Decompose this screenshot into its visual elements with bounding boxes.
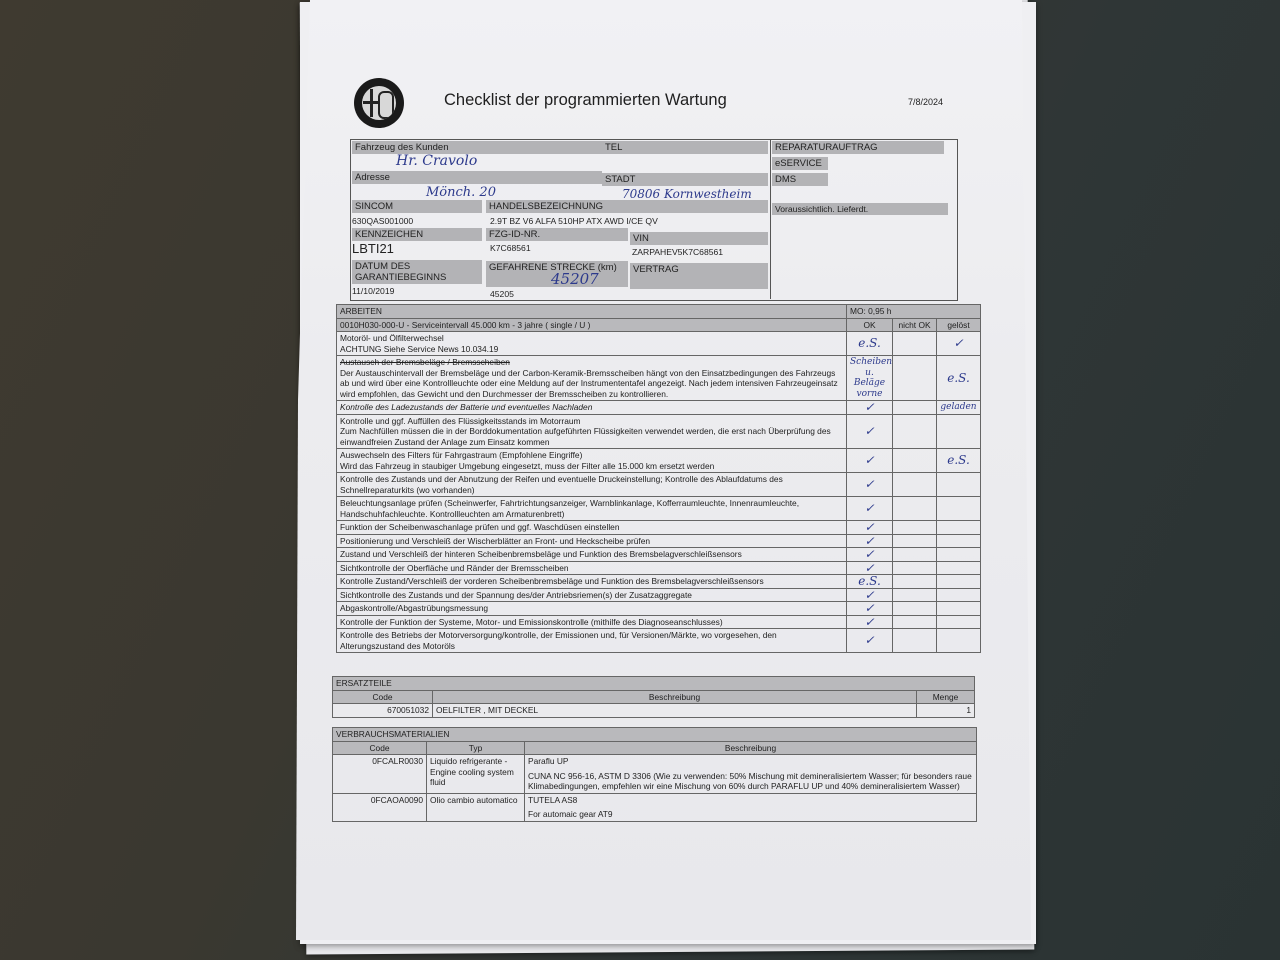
checklist-ok-mark[interactable]: e.S. — [847, 332, 893, 356]
warranty-start-label: DATUM DES GARANTIEBEGINNS — [352, 260, 482, 284]
labor-time: MO: 0,95 h — [847, 305, 981, 319]
checklist-item-title: Funktion der Scheibenwaschanlage prüfen … — [340, 522, 843, 533]
checklist-item-text: Kontrolle und ggf. Auffüllen des Flüssig… — [337, 414, 847, 449]
checklist-item-note: Der Austauschintervall der Bremsbeläge u… — [340, 368, 843, 400]
sincom-label: SINCOM — [352, 200, 482, 213]
checklist-item-note: Zum Nachfüllen müssen die in der Borddok… — [340, 426, 843, 447]
checklist-solved-mark[interactable] — [937, 588, 981, 602]
vehicle-id-value: K7C68561 — [490, 243, 531, 253]
checklist-not-ok-mark[interactable] — [893, 548, 937, 562]
checklist-ok-mark[interactable]: ✓ — [847, 534, 893, 548]
checklist-row: Sichtkontrolle der Oberfläche und Ränder… — [337, 561, 981, 575]
checklist-row: Abgaskontrolle/Abgastrübungsmessung✓ — [337, 602, 981, 616]
sincom-value: 630QAS001000 — [352, 216, 413, 226]
vehicle-id-label: FZG-ID-NR. — [486, 228, 628, 241]
checklist-row: Beleuchtungsanlage prüfen (Scheinwerfer,… — [337, 497, 981, 521]
checklist-not-ok-mark[interactable] — [893, 602, 937, 616]
col-solved: gelöst — [937, 318, 981, 332]
checklist-row: Motoröl- und ÖlfilterwechselACHTUNG Sieh… — [337, 332, 981, 356]
checklist-item-text: Zustand und Verschleiß der hinteren Sche… — [337, 548, 847, 562]
work-header: ARBEITEN — [337, 305, 847, 319]
checklist-item-note: ACHTUNG Siehe Service News 10.034.19 — [340, 344, 843, 355]
consumable-row: 0FCALR0030Liquido refrigerante - Engine … — [333, 755, 977, 794]
city-label: STADT — [602, 173, 768, 186]
customer-name-handwritten: Hr. Cravolo — [396, 153, 477, 169]
checklist-item-title: Sichtkontrolle der Oberfläche und Ränder… — [340, 563, 843, 574]
document-title: Checklist der programmierten Wartung — [444, 91, 727, 110]
checklist-item-title: Auswechseln des Filters für Fahrgastraum… — [340, 450, 843, 461]
dms-label: DMS — [772, 173, 828, 186]
checklist-ok-mark[interactable]: ✓ — [847, 561, 893, 575]
checklist-solved-mark[interactable]: geladen — [937, 401, 981, 415]
checklist-not-ok-mark[interactable] — [893, 629, 937, 653]
checklist-item-text: Kontrolle des Betriebs der Motorversorgu… — [337, 629, 847, 653]
checklist-ok-mark[interactable]: e.S. — [847, 575, 893, 589]
checklist-row: Sichtkontrolle des Zustands und der Span… — [337, 588, 981, 602]
consumables-table: VERBRAUCHSMATERIALIEN Code Typ Beschreib… — [332, 727, 977, 822]
checklist-solved-mark[interactable] — [937, 561, 981, 575]
checklist-row: Kontrolle der Funktion der Systeme, Moto… — [337, 615, 981, 629]
checklist-item-title: Kontrolle der Funktion der Systeme, Moto… — [340, 617, 843, 628]
warranty-start-value: 11/10/2019 — [352, 286, 394, 296]
checklist-solved-mark[interactable] — [937, 575, 981, 589]
consumable-desc-text: CUNA NC 956-16, ASTM D 3306 (Wie zu verw… — [528, 771, 973, 792]
checklist-ok-mark[interactable]: ✓ — [847, 401, 893, 415]
checklist-ok-mark[interactable]: ✓ — [847, 615, 893, 629]
checklist-sheet: Checklist der programmierten Wartung 7/8… — [296, 0, 1036, 940]
checklist-solved-mark[interactable]: ✓ — [937, 332, 981, 356]
checklist-row: Auswechseln des Filters für Fahrgastraum… — [337, 449, 981, 473]
vin-value: ZARPAHEV5K7C68561 — [632, 247, 723, 257]
plate-value: LBTI21 — [352, 241, 394, 256]
eservice-label: eSERVICE — [772, 157, 828, 170]
plate-label: KENNZEICHEN — [352, 228, 482, 241]
checklist-item-text: Sichtkontrolle der Oberfläche und Ränder… — [337, 561, 847, 575]
contract-label: VERTRAG — [630, 263, 768, 289]
checklist-item-note: Wird das Fahrzeug in staubiger Umgebung … — [340, 461, 843, 472]
checklist-solved-mark[interactable]: e.S. — [937, 356, 981, 401]
checklist-item-title: Austausch der Bremsbeläge / Bremsscheibe… — [340, 357, 843, 368]
address-handwritten: Mönch. 20 — [426, 185, 496, 200]
checklist-item-title: Zustand und Verschleiß der hinteren Sche… — [340, 549, 843, 560]
part-desc: OELFILTER , MIT DECKEL — [433, 704, 917, 718]
trade-name-label: HANDELSBEZEICHNUNG — [486, 200, 768, 213]
checklist-not-ok-mark[interactable] — [893, 414, 937, 449]
checklist-not-ok-mark[interactable] — [893, 534, 937, 548]
work-checklist-table: ARBEITEN MO: 0,95 h 0010H030-000-U - Ser… — [336, 304, 981, 653]
consumable-row: 0FCAOA0090Olio cambio automaticoTUTELA A… — [333, 793, 977, 821]
checklist-item-title: Kontrolle Zustand/Verschleiß der vordere… — [340, 576, 843, 587]
checklist-item-text: Beleuchtungsanlage prüfen (Scheinwerfer,… — [337, 497, 847, 521]
checklist-item-title: Sichtkontrolle des Zustands und der Span… — [340, 590, 843, 601]
checklist-solved-mark[interactable] — [937, 534, 981, 548]
checklist-item-title: Positionierung und Verschleiß der Wische… — [340, 536, 843, 547]
checklist-not-ok-mark[interactable] — [893, 615, 937, 629]
checklist-solved-mark[interactable] — [937, 615, 981, 629]
checklist-item-text: Sichtkontrolle des Zustands und der Span… — [337, 588, 847, 602]
checklist-item-title: Kontrolle des Betriebs der Motorversorgu… — [340, 630, 843, 651]
spare-parts-header: ERSATZTEILE — [333, 677, 975, 691]
consumables-col-type: Typ — [427, 741, 525, 755]
checklist-ok-mark[interactable]: Scheiben u. Beläge vorne — [847, 356, 893, 401]
consumable-type: Liquido refrigerante - Engine cooling sy… — [427, 755, 525, 794]
consumable-description: Paraflu UPCUNA NC 956-16, ASTM D 3306 (W… — [525, 755, 977, 794]
checklist-row: Kontrolle des Betriebs der Motorversorgu… — [337, 629, 981, 653]
checklist-row: Positionierung und Verschleiß der Wische… — [337, 534, 981, 548]
checklist-row: Kontrolle des Ladezustands der Batterie … — [337, 401, 981, 415]
checklist-item-text: Kontrolle des Ladezustands der Batterie … — [337, 401, 847, 415]
checklist-not-ok-mark[interactable] — [893, 575, 937, 589]
checklist-solved-mark[interactable] — [937, 521, 981, 535]
checklist-solved-mark[interactable] — [937, 602, 981, 616]
checklist-row: Austausch der Bremsbeläge / Bremsscheibe… — [337, 356, 981, 401]
checklist-item-text: Austausch der Bremsbeläge / Bremsscheibe… — [337, 356, 847, 401]
consumable-desc-title: TUTELA AS8 — [528, 795, 973, 806]
consumable-description: TUTELA AS8For automaic gear AT9 — [525, 793, 977, 821]
checklist-item-text: Positionierung und Verschleiß der Wische… — [337, 534, 847, 548]
col-not-ok: nicht OK — [893, 318, 937, 332]
checklist-solved-mark[interactable] — [937, 548, 981, 562]
checklist-ok-mark[interactable]: ✓ — [847, 548, 893, 562]
col-ok: OK — [847, 318, 893, 332]
checklist-row: Kontrolle Zustand/Verschleiß der vordere… — [337, 575, 981, 589]
consumable-code: 0FCAOA0090 — [333, 793, 427, 821]
tel-label: TEL — [602, 141, 768, 154]
repair-order-label: REPARATURAUFTRAG — [772, 141, 944, 154]
checklist-not-ok-mark[interactable] — [893, 497, 937, 521]
consumables-col-desc: Beschreibung — [525, 741, 977, 755]
checklist-item-title: Kontrolle des Zustands und der Abnutzung… — [340, 474, 843, 495]
city-handwritten: 70806 Kornwestheim — [622, 187, 752, 201]
consumables-header: VERBRAUCHSMATERIALIEN — [333, 728, 977, 742]
checklist-item-title: Motoröl- und Ölfilterwechsel — [340, 333, 843, 344]
mileage-handwritten: 45207 — [551, 270, 599, 288]
delivery-date-label: Voraussichtlich. Lieferdt. — [772, 203, 948, 215]
checklist-ok-mark[interactable]: ✓ — [847, 449, 893, 473]
alfa-romeo-logo-icon — [354, 78, 404, 128]
checklist-row: Kontrolle und ggf. Auffüllen des Flüssig… — [337, 414, 981, 449]
consumable-code: 0FCALR0030 — [333, 755, 427, 794]
checklist-not-ok-mark[interactable] — [893, 561, 937, 575]
checklist-item-text: Motoröl- und ÖlfilterwechselACHTUNG Sieh… — [337, 332, 847, 356]
mileage-value: 45205 — [490, 289, 514, 299]
address-label: Adresse — [352, 171, 602, 184]
checklist-not-ok-mark[interactable] — [893, 449, 937, 473]
checklist-item-text: Auswechseln des Filters für Fahrgastraum… — [337, 449, 847, 473]
checklist-ok-mark[interactable]: ✓ — [847, 588, 893, 602]
checklist-not-ok-mark[interactable] — [893, 521, 937, 535]
checklist-item-title: Kontrolle und ggf. Auffüllen des Flüssig… — [340, 416, 843, 427]
checklist-item-title: Kontrolle des Ladezustands der Batterie … — [340, 402, 843, 413]
parts-row: 670051032OELFILTER , MIT DECKEL1 — [333, 704, 975, 718]
checklist-not-ok-mark[interactable] — [893, 588, 937, 602]
trade-name-value: 2.9T BZ V6 ALFA 510HP ATX AWD I/CE QV — [490, 216, 658, 226]
checklist-solved-mark[interactable]: e.S. — [937, 449, 981, 473]
checklist-solved-mark[interactable] — [937, 497, 981, 521]
checklist-not-ok-mark[interactable] — [893, 401, 937, 415]
parts-col-qty: Menge — [917, 690, 975, 704]
checklist-item-title: Abgaskontrolle/Abgastrübungsmessung — [340, 603, 843, 614]
checklist-row: Zustand und Verschleiß der hinteren Sche… — [337, 548, 981, 562]
consumable-desc-title: Paraflu UP — [528, 756, 973, 767]
consumables-col-code: Code — [333, 741, 427, 755]
checklist-ok-mark[interactable]: ✓ — [847, 602, 893, 616]
checklist-item-title: Beleuchtungsanlage prüfen (Scheinwerfer,… — [340, 498, 843, 519]
checklist-solved-mark[interactable] — [937, 414, 981, 449]
checklist-ok-mark[interactable]: ✓ — [847, 473, 893, 497]
checklist-solved-mark[interactable] — [937, 629, 981, 653]
checklist-item-text: Kontrolle Zustand/Verschleiß der vordere… — [337, 575, 847, 589]
checklist-item-text: Abgaskontrolle/Abgastrübungsmessung — [337, 602, 847, 616]
checklist-solved-mark[interactable] — [937, 473, 981, 497]
consumable-desc-text: For automaic gear AT9 — [528, 809, 973, 820]
checklist-not-ok-mark[interactable] — [893, 473, 937, 497]
checklist-ok-mark[interactable]: ✓ — [847, 629, 893, 653]
checklist-item-text: Funktion der Scheibenwaschanlage prüfen … — [337, 521, 847, 535]
checklist-item-text: Kontrolle der Funktion der Systeme, Moto… — [337, 615, 847, 629]
part-qty: 1 — [917, 704, 975, 718]
checklist-row: Kontrolle des Zustands und der Abnutzung… — [337, 473, 981, 497]
consumable-type: Olio cambio automatico — [427, 793, 525, 821]
checklist-item-text: Kontrolle des Zustands und der Abnutzung… — [337, 473, 847, 497]
spare-parts-table: ERSATZTEILE Code Beschreibung Menge 6700… — [332, 676, 975, 718]
checklist-not-ok-mark[interactable] — [893, 332, 937, 356]
checklist-row: Funktion der Scheibenwaschanlage prüfen … — [337, 521, 981, 535]
document-date: 7/8/2024 — [908, 97, 943, 107]
service-code: 0010H030-000-U - Serviceintervall 45.000… — [337, 318, 847, 332]
checklist-ok-mark[interactable]: ✓ — [847, 497, 893, 521]
parts-col-desc: Beschreibung — [433, 690, 917, 704]
part-code: 670051032 — [333, 704, 433, 718]
checklist-ok-mark[interactable]: ✓ — [847, 414, 893, 449]
checklist-not-ok-mark[interactable] — [893, 356, 937, 401]
vin-label: VIN — [630, 232, 768, 245]
checklist-ok-mark[interactable]: ✓ — [847, 521, 893, 535]
parts-col-code: Code — [333, 690, 433, 704]
